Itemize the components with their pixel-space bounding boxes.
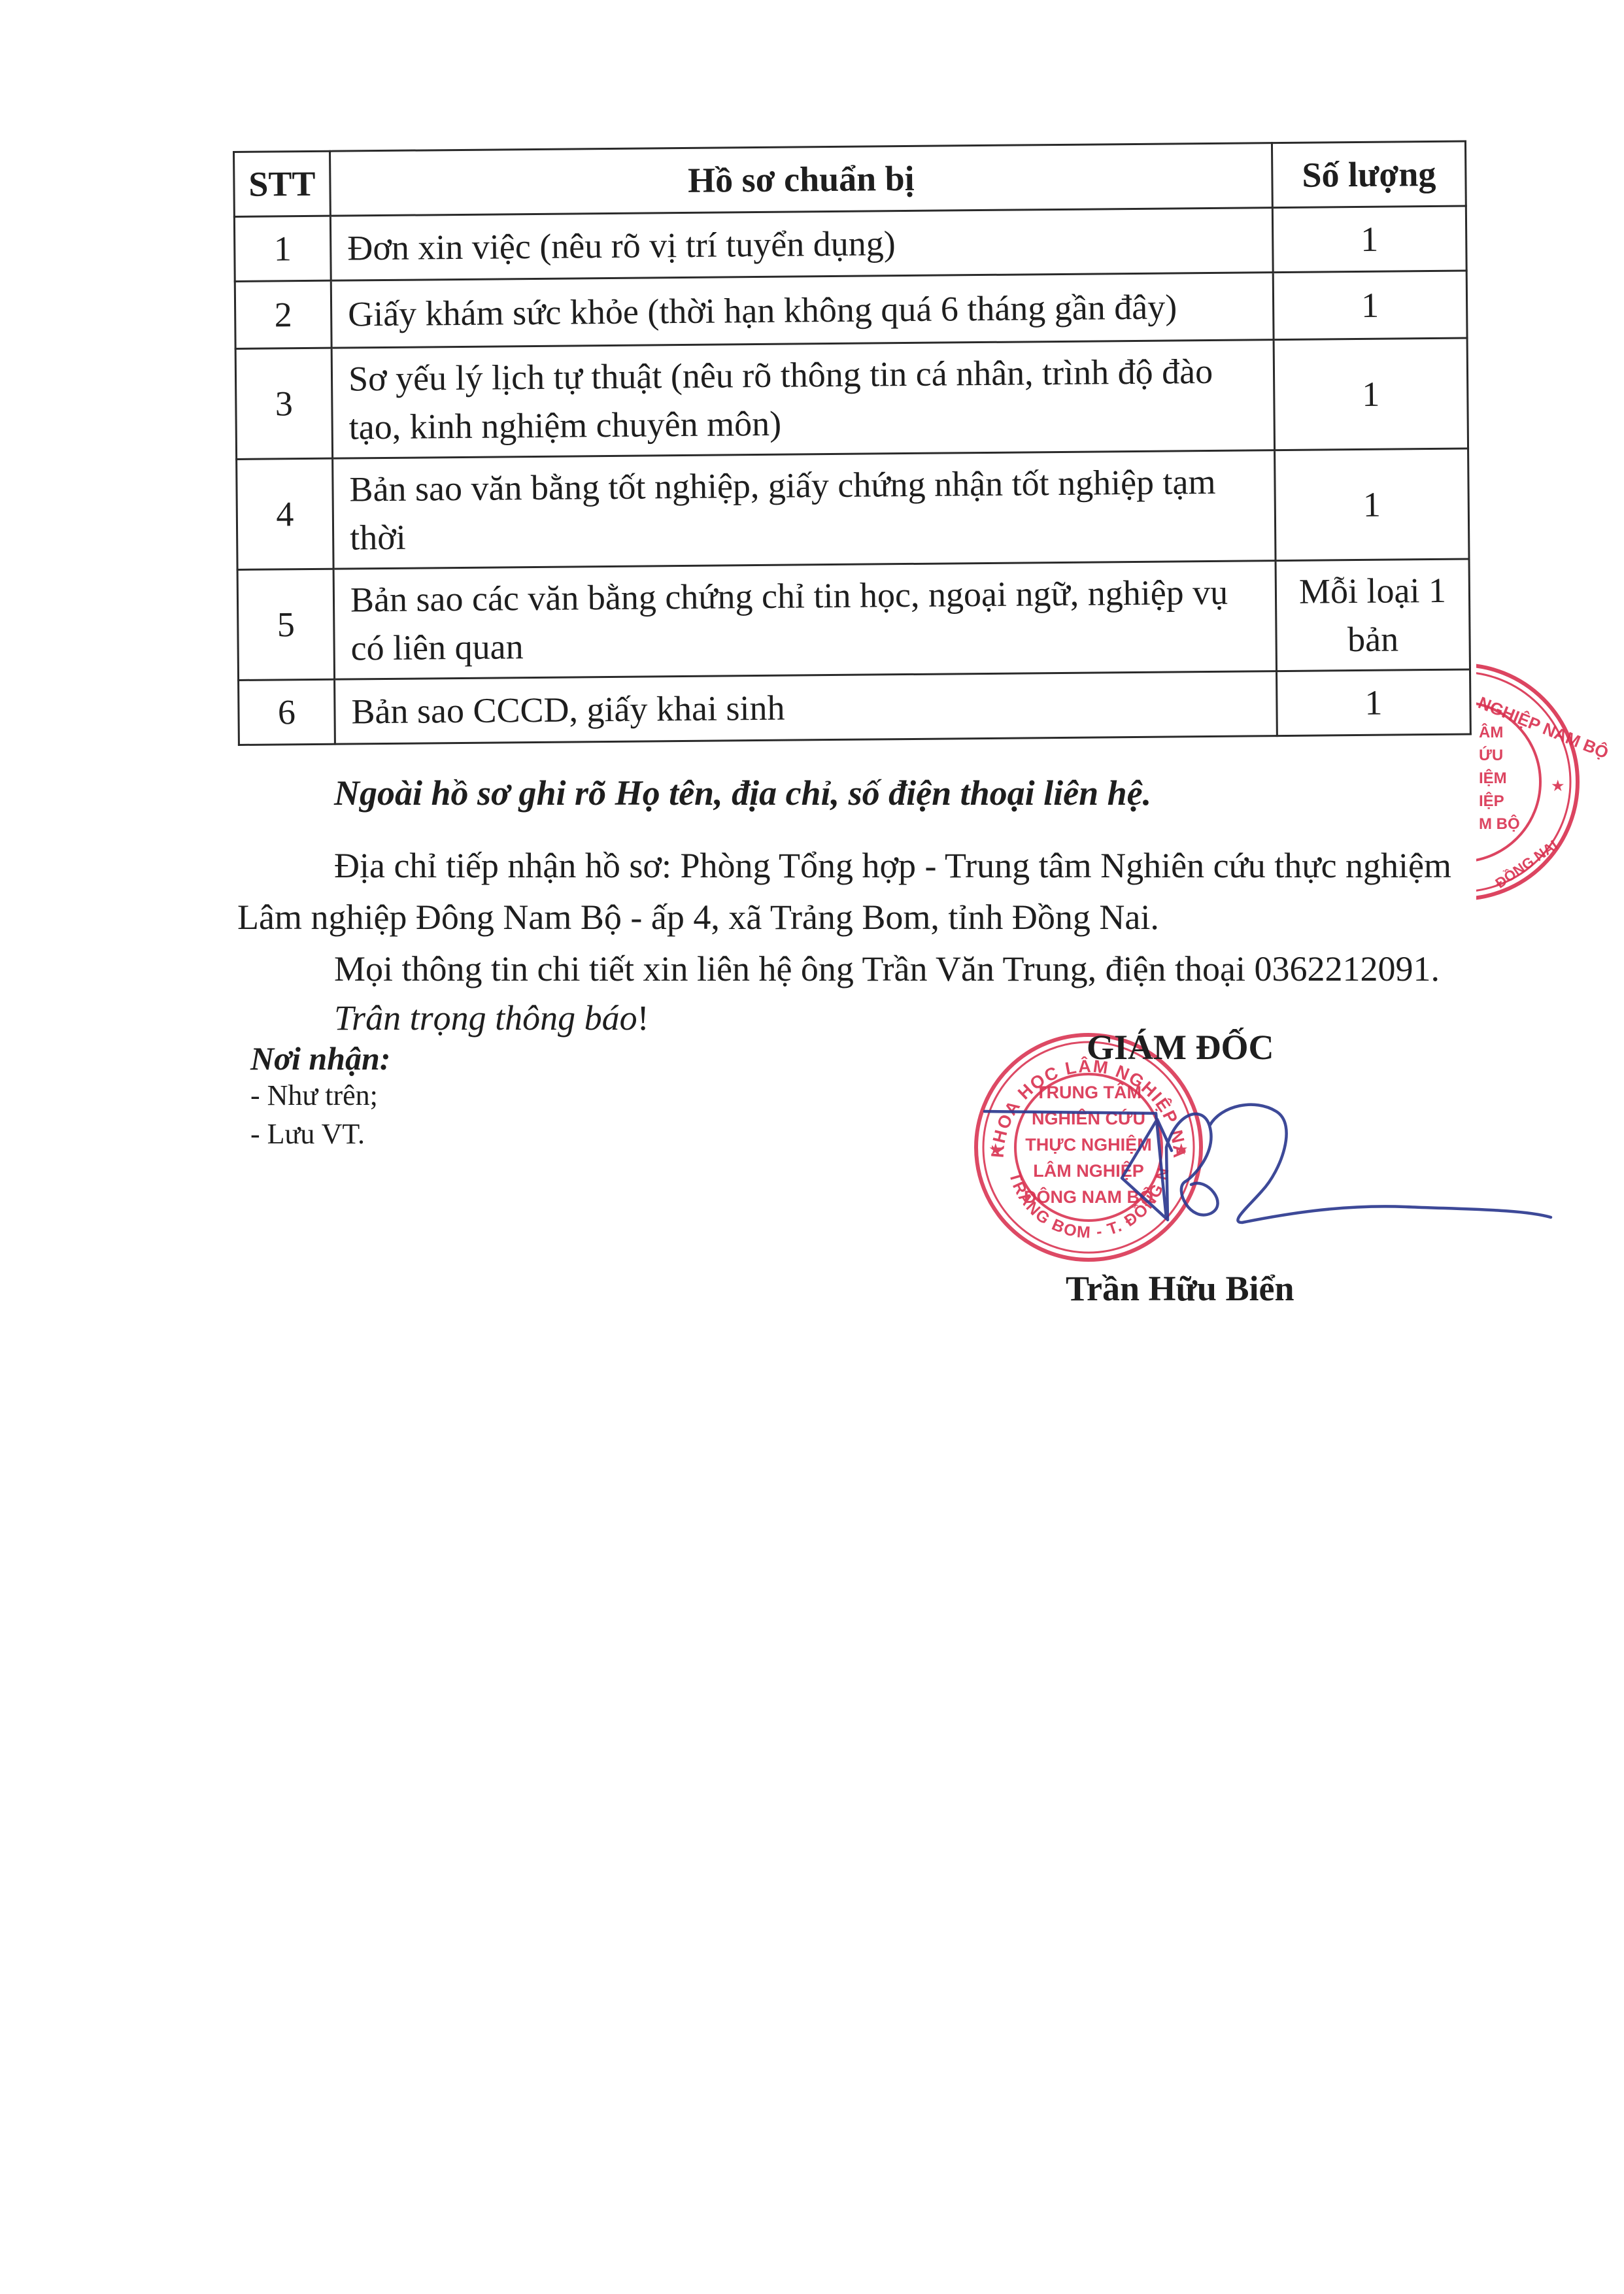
handwritten-signature-icon	[0, 0, 1624, 1373]
signer-name: Trần Hữu Biển	[1066, 1268, 1294, 1309]
